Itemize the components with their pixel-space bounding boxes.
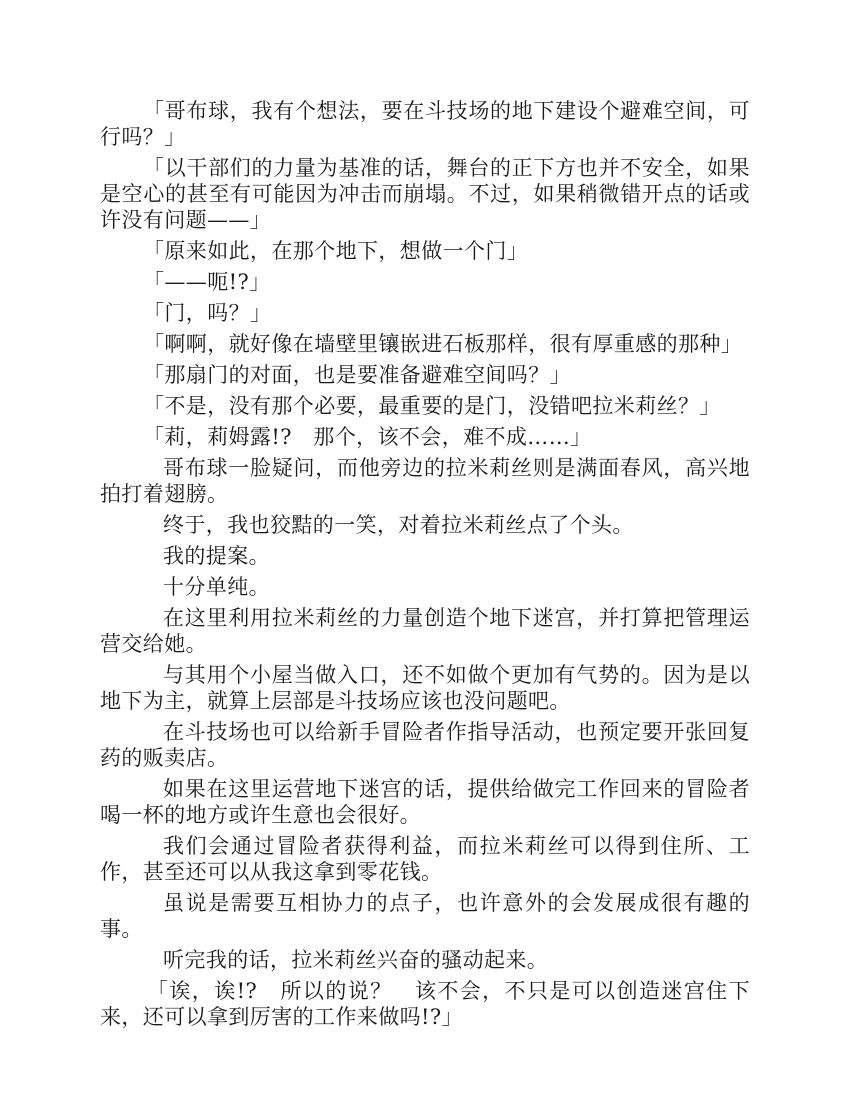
paragraph-dialogue: 「以干部们的力量为基准的话，舞台的正下方也并不安全，如果是空心的甚至有可能因为冲… [100,155,750,233]
paragraph-narrative: 听完我的话，拉米莉丝兴奋的骚动起来。 [100,947,750,973]
paragraph-narrative: 与其用个小屋当做入口，还不如做个更加有气势的。因为是以地下为主，就算上层部是斗技… [100,662,750,714]
paragraph-dialogue: 「啊啊，就好像在墙壁里镶嵌进石板那样，很有厚重感的那种」 [100,331,750,357]
paragraph-dialogue: 「原来如此，在那个地下，想做一个门」 [100,238,750,264]
paragraph-dialogue: 「那扇门的对面，也是要准备避难空间吗？」 [100,362,750,388]
paragraph-dialogue: 「哥布球，我有个想法，要在斗技场的地下建设个避难空间，可行吗？」 [100,98,750,150]
paragraph-narrative: 十分单纯。 [100,574,750,600]
paragraph-dialogue: 「不是，没有那个必要，最重要的是门，没错吧拉米莉丝？」 [100,393,750,419]
paragraph-narrative: 我的提案。 [100,543,750,569]
paragraph-dialogue: 「诶，诶!? 所以的说？ 该不会，不只是可以创造迷宫住下来，还可以拿到厉害的工作… [100,978,750,1030]
paragraph-narrative: 终于，我也狡黠的一笑，对着拉米莉丝点了个头。 [100,512,750,538]
paragraph-narrative: 哥布球一脸疑问，而他旁边的拉米莉丝则是满面春风，高兴地拍打着翅膀。 [100,455,750,507]
paragraph-narrative: 在这里利用拉米莉丝的力量创造个地下迷宫，并打算把管理运营交给她。 [100,605,750,657]
paragraph-narrative: 我们会通过冒险者获得利益，而拉米莉丝可以得到住所、工作，甚至还可以从我这拿到零花… [100,833,750,885]
paragraph-narrative: 如果在这里运营地下迷宫的话，提供给做完工作回来的冒险者喝一杯的地方或许生意也会很… [100,776,750,828]
paragraph-narrative: 在斗技场也可以给新手冒险者作指导活动，也预定要开张回复药的贩卖店。 [100,719,750,771]
paragraph-dialogue: 「莉，莉姆露!? 那个，该不会，难不成……」 [100,424,750,450]
paragraph-narrative: 虽说是需要互相协力的点子，也许意外的会发展成很有趣的事。 [100,890,750,942]
paragraph-dialogue: 「——呃!?」 [100,269,750,295]
document-page: 「哥布球，我有个想法，要在斗技场的地下建设个避难空间，可行吗？」 「以干部们的力… [100,98,750,1035]
paragraph-dialogue: 「门，吗？」 [100,300,750,326]
